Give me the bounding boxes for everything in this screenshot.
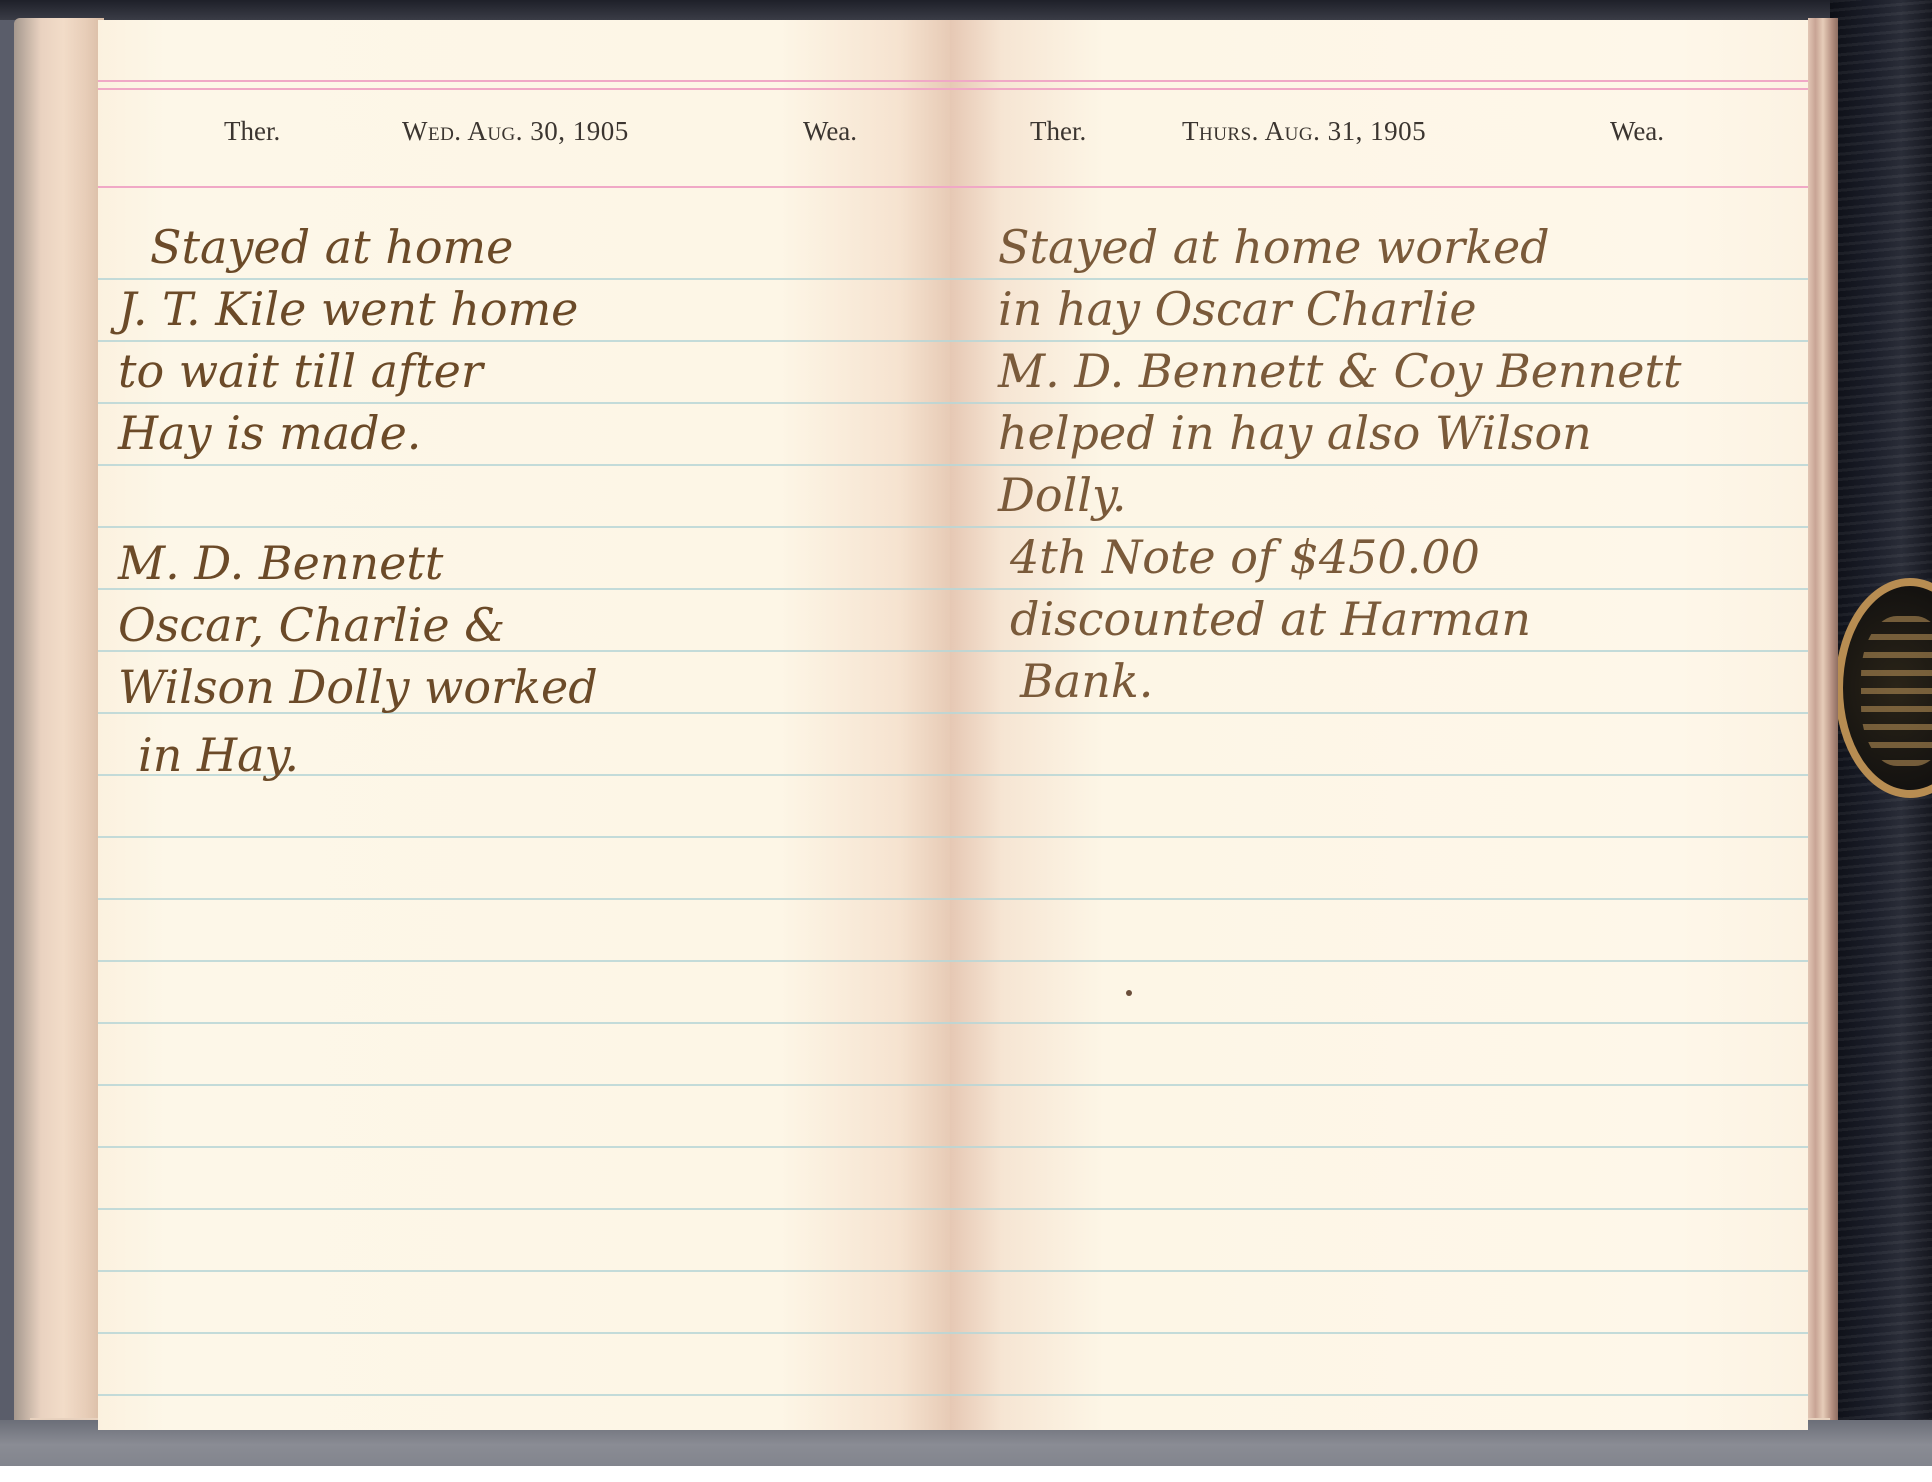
ruled-line [950,1270,1808,1272]
header-rule [98,186,950,188]
entry-line: in Hay. [138,724,299,786]
entry-line: Stayed at home [150,216,513,278]
weather-label: Wea. [803,116,857,147]
ruled-line [950,712,1808,714]
weather-label: Wea. [1610,116,1664,147]
emblem-lettering [1861,616,1932,766]
ruled-line [98,836,950,838]
entry-line: M. D. Bennett [118,532,443,594]
entry-line: in hay Oscar Charlie [998,278,1477,340]
ruled-line [98,1084,950,1086]
page-edges-right [1808,18,1838,1433]
entry-line: Stayed at home worked [998,216,1550,278]
ruled-line [950,960,1808,962]
thermometer-label: Ther. [224,116,280,147]
header-rule [950,186,1808,188]
ruled-line [98,1208,950,1210]
page-date: Wed. Aug. 30, 1905 [402,116,629,147]
ruled-line [950,1084,1808,1086]
page-header: Ther. Wed. Aug. 30, 1905 Wea. [98,116,950,156]
diary-page-right: Ther. Thurs. Aug. 31, 1905 Wea. Stayed a… [950,20,1808,1430]
diary-page-left: Ther. Wed. Aug. 30, 1905 Wea. Stayed at … [98,20,950,1430]
thermometer-label: Ther. [1030,116,1086,147]
header-rule [950,88,1808,90]
entry-line: Bank. [1020,650,1153,712]
ruled-line [98,1394,950,1396]
entry-line: helped in hay also Wilson [998,402,1592,464]
page-edges-left [14,18,104,1438]
entry-line: Hay is made. [118,402,421,464]
entry-line: Oscar, Charlie & [118,594,505,656]
ruled-line [950,836,1808,838]
entry-line: Dolly. [998,464,1127,526]
ruled-line [98,960,950,962]
ruled-line [950,1394,1808,1396]
ruled-line [98,898,950,900]
ruled-line [950,898,1808,900]
entry-line: J. T. Kile went home [118,278,578,340]
page-header: Ther. Thurs. Aug. 31, 1905 Wea. [950,116,1808,156]
ruled-line [950,1332,1808,1334]
entry-line: to wait till after [118,340,483,402]
ruled-line [98,526,950,528]
header-rule [950,80,1808,82]
scanner-top-edge [0,0,1932,20]
page-date: Thurs. Aug. 31, 1905 [1182,116,1426,147]
ruled-line [98,1332,950,1334]
ruled-line [98,1022,950,1024]
ink-spot [1126,990,1132,996]
ruled-line [950,1208,1808,1210]
scan-border [0,1466,1932,1482]
header-rule [98,88,950,90]
entry-line: discounted at Harman [1010,588,1531,650]
ruled-line [950,774,1808,776]
ruled-line [950,1022,1808,1024]
entry-line: Wilson Dolly worked [118,656,598,718]
entry-line: 4th Note of $450.00 [1010,526,1480,588]
ruled-line [98,1270,950,1272]
ruled-line [98,1146,950,1148]
header-rule [98,80,950,82]
entry-line: M. D. Bennett & Coy Bennett [998,340,1681,402]
ruled-line [98,464,950,466]
ruled-line [950,1146,1808,1148]
